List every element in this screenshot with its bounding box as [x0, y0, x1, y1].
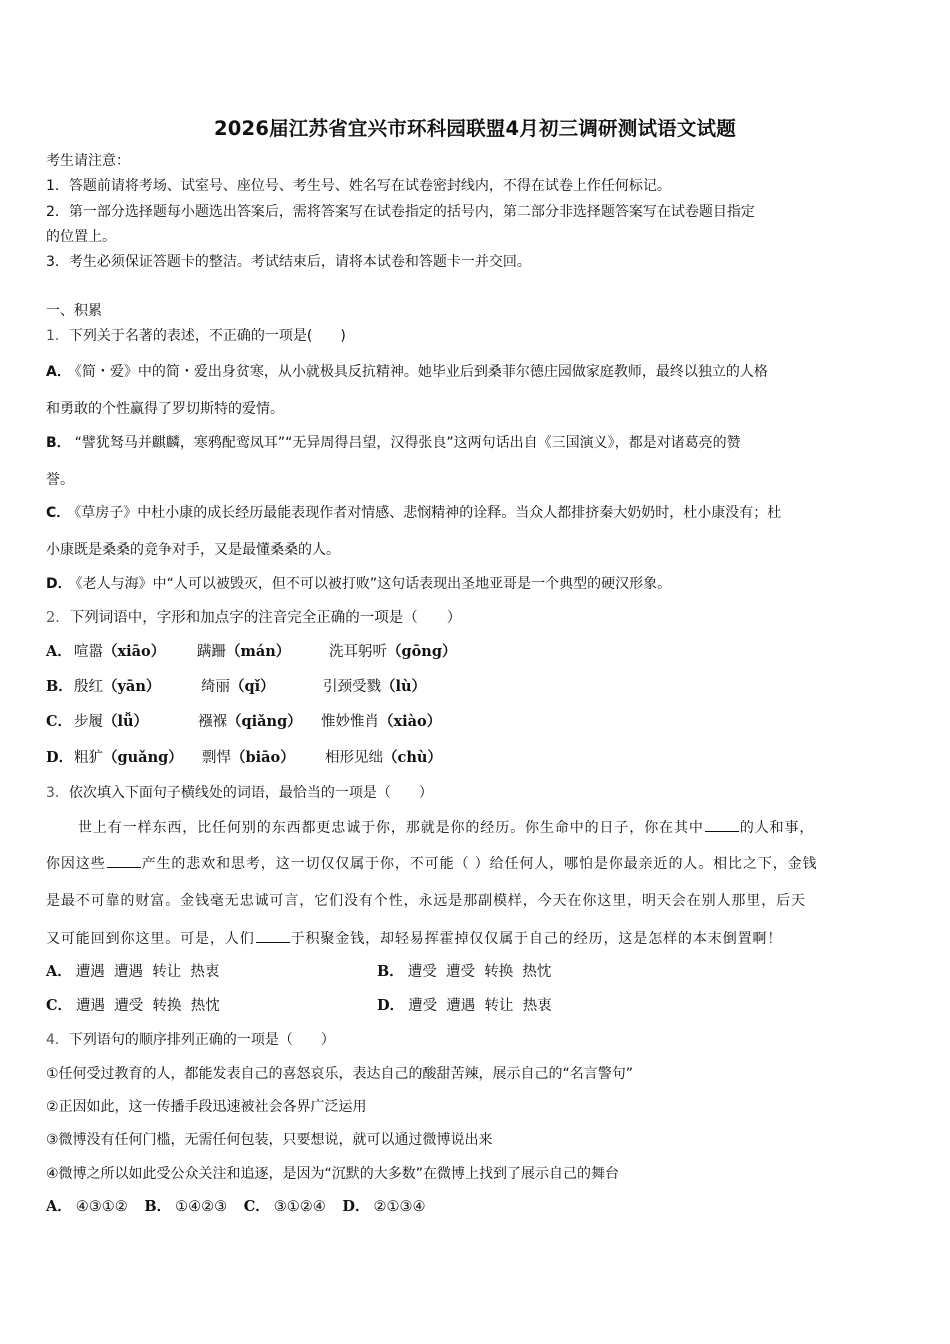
pinyin: （qiǎng）: [227, 713, 302, 730]
question-number: 3．: [46, 785, 69, 801]
option-letter: C．: [244, 1198, 270, 1215]
option-letter: A．: [46, 963, 72, 980]
pinyin: （gōng）: [387, 643, 457, 660]
q3-options-row-2: C．遭遇 遭受 转换 热忱 D．遭受 遭遇 转让 热衷: [46, 996, 906, 1016]
notice-item-2-cont: 的位置上。: [46, 227, 116, 247]
page-title: 2026届江苏省宜兴市环科园联盟4月初三调研测试语文试题: [0, 113, 950, 141]
q1-option-d: D．《老人与海》中“人可以被毁灭，但不可以被打败”这句话表现出圣地亚哥是一个典型…: [46, 574, 671, 594]
q4-option-d: D．②①③④: [342, 1199, 425, 1215]
pinyin: （guǎng）: [103, 749, 183, 766]
q4-sentence-2: ②正因如此，这一传播手段迅速被社会各界广泛运用: [46, 1097, 367, 1117]
option-letter: D．: [342, 1198, 369, 1215]
passage-text: 又可能回到你这里。可是，人们: [46, 931, 255, 947]
question-number: 4．: [46, 1032, 69, 1048]
q1-option-c: C．《草房子》中杜小康的成长经历最能表现作者对情感、悲悯精神的诠释。当众人都排挤…: [46, 503, 781, 523]
passage-text: 产生的悲欢和思考，这一切仅仅属于你，不可能（ ）给任何人，哪怕是你最亲近的人。相…: [142, 856, 818, 872]
option-text: 遭受 遭受 转换 热忱: [408, 964, 552, 980]
option-letter: A．: [46, 1198, 72, 1215]
q3-passage-line-4: 又可能回到你这里。可是，人们于积聚金钱，却轻易挥霍掉仅仅属于自己的经历，这是怎样…: [46, 928, 782, 949]
option-letter: B．: [46, 677, 73, 697]
option-text: 遭遇 遭遇 转让 热衷: [76, 964, 220, 980]
option-text: 《草房子》中杜小康的成长经历最能表现作者对情感、悲悯精神的诠释。当众人都排挤秦大…: [74, 505, 781, 521]
option-letter: B．: [46, 435, 71, 451]
option-text: 遭受 遭遇 转让 热衷: [408, 998, 552, 1014]
word: 殷红: [74, 679, 103, 695]
option-text: ④③①②: [76, 1199, 128, 1215]
question-text: 下列语句的顺序排列正确的一项是（ ）: [69, 1032, 335, 1048]
q1-option-a: A．《简・爱》中的简・爱出身贫寒，从小就极具反抗精神。她毕业后到桑菲尔德庄园做家…: [46, 362, 768, 382]
question-text: 下列关于名著的表述，不正确的一项是( ): [69, 328, 346, 344]
pinyin: （lǚ）: [103, 713, 148, 730]
fill-blank-2: [107, 853, 141, 868]
word: 襁褓: [198, 714, 227, 730]
question-1-stem: 1．下列关于名著的表述，不正确的一项是( ): [46, 326, 346, 346]
word: 蹒跚: [197, 644, 226, 660]
pinyin: （lù）: [381, 678, 426, 695]
word: 步履: [74, 714, 103, 730]
q4-option-a: A．④③①②: [46, 1199, 128, 1215]
option-letter: C．: [46, 712, 72, 732]
question-4-stem: 4．下列语句的顺序排列正确的一项是（ ）: [46, 1030, 335, 1050]
fill-blank-1: [705, 817, 739, 832]
q2-option-a: A． 喧嚣（xiāo） 蹒跚（mán） 洗耳躬听（gōng）: [46, 642, 906, 662]
option-letter: A．: [46, 364, 71, 380]
notice-item-1: 1．答题前请将考场、试室号、座位号、考生号、姓名写在试卷密封线内，不得在试卷上作…: [46, 176, 671, 196]
notice-item-2: 2．第一部分选择题每小题选出答案后，需将答案写在试卷指定的括号内，第二部分非选择…: [46, 202, 755, 222]
option-text: ①④②③: [175, 1199, 227, 1215]
question-text: 下列词语中，字形和加点字的注音完全正确的一项是（ ）: [70, 610, 462, 626]
q4-options: A．④③①② B．①④②③ C．③①②④ D．②①③④: [46, 1197, 425, 1217]
q4-sentence-3: ③微博没有任何门槛，无需任何包装，只要想说，就可以通过微博说出来: [46, 1130, 493, 1150]
word: 洗耳躬听: [329, 644, 387, 660]
question-3-stem: 3．依次填入下面句子横线处的词语，最恰当的一项是（ ）: [46, 783, 433, 803]
word: 惟妙惟肖: [321, 714, 379, 730]
option-letter: B．: [377, 963, 404, 980]
question-number: 2．: [46, 610, 70, 626]
q3-passage-line-3: 是最不可靠的财富。金钱毫无忠诚可言，它们没有个性，永远是那副模样，今天在你这里，…: [46, 891, 806, 911]
option-text: 《老人与海》中“人可以被毁灭，但不可以被打败”这句话表现出圣地亚哥是一个典型的硬…: [76, 576, 672, 592]
q2-option-d: D． 粗犷（guǎng） 剽悍（biāo） 相形见绌（chù）: [46, 748, 906, 768]
word: 绮丽: [201, 679, 230, 695]
pinyin: （xiào）: [379, 713, 441, 730]
question-text: 依次填入下面句子横线处的词语，最恰当的一项是（ ）: [69, 785, 433, 801]
q1-option-b-cont: 誉。: [46, 470, 74, 490]
passage-text: 的人和事，: [740, 820, 815, 836]
passage-text: 于积聚金钱，却轻易挥霍掉仅仅属于自己的经历，这是怎样的本末倒置啊！: [291, 931, 783, 947]
q3-option-b: B．遭受 遭受 转换 热忱: [377, 962, 551, 982]
option-letter: B．: [144, 1198, 171, 1215]
q4-sentence-1: ①任何受过教育的人，都能发表自己的喜怒哀乐，表达自己的酸甜苦辣，展示自己的“名言…: [46, 1064, 633, 1084]
q1-option-b: B．“譬犹驽马并麒麟，寒鸦配鸾凤耳”“无异周得吕望，汉得张良”这两句话出自《三国…: [46, 433, 741, 453]
notice-item-3: 3．考生必须保证答题卡的整洁。考试结束后，请将本试卷和答题卡一并交回。: [46, 252, 531, 272]
option-letter: D．: [46, 748, 73, 768]
q3-options-row-1: A．遭遇 遭遇 转让 热衷 B．遭受 遭受 转换 热忱: [46, 962, 906, 982]
question-number: 1．: [46, 328, 69, 344]
option-letter: D．: [46, 576, 72, 592]
option-text: “譬犹驽马并麒麟，寒鸦配鸾凤耳”“无异周得吕望，汉得张良”这两句话出自《三国演义…: [75, 435, 741, 451]
option-letter: D．: [377, 997, 404, 1014]
q3-option-a: A．遭遇 遭遇 转让 热衷: [46, 962, 219, 982]
pinyin: （mán）: [226, 643, 290, 660]
word: 相形见绌: [325, 750, 383, 766]
q3-option-d: D．遭受 遭遇 转让 热衷: [377, 996, 552, 1016]
notice-heading: 考生请注意：: [46, 151, 130, 171]
exam-page: 2026届江苏省宜兴市环科园联盟4月初三调研测试语文试题 考生请注意： 1．答题…: [0, 0, 950, 1344]
q4-option-b: B．①④②③: [144, 1199, 227, 1215]
option-text: ③①②④: [274, 1199, 326, 1215]
q3-option-c: C．遭遇 遭受 转换 热忱: [46, 996, 220, 1016]
fill-blank-3: [256, 928, 290, 943]
option-letter: C．: [46, 505, 70, 521]
question-2-stem: 2．下列词语中，字形和加点字的注音完全正确的一项是（ ）: [46, 608, 461, 628]
q3-passage-line-2: 你因这些产生的悲欢和思考，这一切仅仅属于你，不可能（ ）给任何人，哪怕是你最亲近…: [46, 853, 817, 874]
pinyin: （chù）: [383, 749, 442, 766]
option-text: ②①③④: [373, 1199, 425, 1215]
q4-option-c: C．③①②④: [244, 1199, 326, 1215]
q3-passage-line-1: 世上有一样东西，比任何别的东西都更忠诚于你，那就是你的经历。你生命中的日子，你在…: [78, 817, 814, 838]
section-heading: 一、积累: [46, 301, 102, 321]
option-text: 《简・爱》中的简・爱出身贫寒，从小就极具反抗精神。她毕业后到桑菲尔德庄园做家庭教…: [75, 364, 768, 380]
q1-option-a-cont: 和勇敢的个性赢得了罗切斯特的爱情。: [46, 399, 284, 419]
option-letter: A．: [46, 642, 72, 662]
q4-sentence-4: ④微博之所以如此受公众关注和追逐，是因为“沉默的大多数”在微博上找到了展示自己的…: [46, 1164, 619, 1184]
word: 剽悍: [202, 750, 231, 766]
pinyin: （biāo）: [231, 749, 295, 766]
pinyin: （xiāo）: [103, 643, 165, 660]
passage-text: 世上有一样东西，比任何别的东西都更忠诚于你，那就是你的经历。你生命中的日子，你在…: [78, 820, 704, 836]
word: 粗犷: [74, 750, 103, 766]
q2-option-c: C． 步履（lǚ） 襁褓（qiǎng） 惟妙惟肖（xiào）: [46, 712, 906, 732]
word: 引颈受戮: [323, 679, 381, 695]
q1-option-c-cont: 小康既是桑桑的竞争对手，又是最懂桑桑的人。: [46, 540, 340, 560]
word: 喧嚣: [74, 644, 103, 660]
q2-option-b: B． 殷红（yān） 绮丽（qǐ） 引颈受戮（lù）: [46, 677, 906, 697]
passage-text: 你因这些: [46, 856, 106, 872]
option-letter: C．: [46, 997, 72, 1014]
pinyin: （yān）: [103, 678, 160, 695]
option-text: 遭遇 遭受 转换 热忱: [76, 998, 220, 1014]
pinyin: （qǐ）: [230, 678, 275, 695]
